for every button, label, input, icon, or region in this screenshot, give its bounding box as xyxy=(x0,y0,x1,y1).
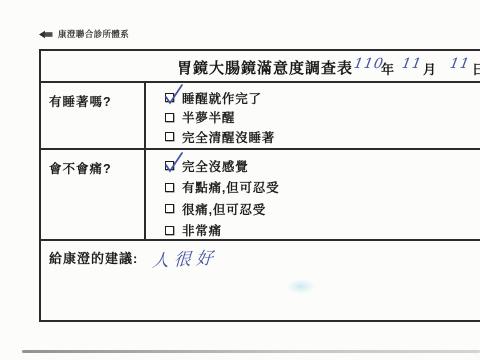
checkbox-unchecked[interactable] xyxy=(165,183,174,192)
option-row: 半夢半醒 xyxy=(165,108,275,128)
checkbox-unchecked[interactable] xyxy=(165,226,174,235)
clinic-logo-text: 康澄聯合診所體系 xyxy=(58,28,129,40)
form-title: 胃鏡大腸鏡滿意度調查表 xyxy=(177,57,353,78)
option-row: 完全沒感覺 xyxy=(165,155,279,177)
suggestion-handwritten-value: 人很好 xyxy=(152,243,219,272)
option-row: 睡醒就作完了 xyxy=(165,88,275,108)
question-pain-options: 完全沒感覺 有點痛,但可忍受 很痛,但可忍受 非常痛 xyxy=(146,150,279,239)
question-row-sleep: 有睡著嗎? 睡醒就作完了 半夢半醒 完全清醒沒睡著 xyxy=(41,83,480,150)
checkbox-unchecked[interactable] xyxy=(165,113,174,122)
date-month-label: 月 xyxy=(423,59,436,78)
option-label: 有點痛,但可忍受 xyxy=(182,178,279,196)
option-label: 非常痛 xyxy=(182,221,222,239)
form-title-row: 胃鏡大腸鏡滿意度調查表 110 年 11 月 11 日 xyxy=(41,51,480,83)
clinic-logo-icon xyxy=(39,30,54,39)
scan-edge-artifact xyxy=(22,350,480,353)
question-sleep-options: 睡醒就作完了 半夢半醒 完全清醒沒睡著 xyxy=(146,83,275,148)
checkbox-checked[interactable] xyxy=(165,93,174,102)
date-day-label: 日 xyxy=(472,59,480,78)
option-row: 很痛,但可忍受 xyxy=(165,198,279,220)
question-pain-label: 會不會痛? xyxy=(41,150,146,239)
survey-form-table: 胃鏡大腸鏡滿意度調查表 110 年 11 月 11 日 有睡著嗎? 睡醒就作完了 xyxy=(39,49,480,322)
question-row-pain: 會不會痛? 完全沒感覺 有點痛,但可忍受 很痛,但可忍受 xyxy=(41,150,480,241)
scan-smudge xyxy=(287,279,315,294)
date-day-handwritten-value: 11 xyxy=(449,56,472,72)
checkbox-unchecked[interactable] xyxy=(165,204,174,213)
scanned-form-page: 康澄聯合診所體系 胃鏡大腸鏡滿意度調查表 110 年 11 月 11 日 有睡著… xyxy=(0,0,480,360)
option-label: 很痛,但可忍受 xyxy=(182,200,266,218)
suggestion-label: 給康澄的建議: xyxy=(49,248,138,267)
option-label: 完全沒感覺 xyxy=(182,157,249,175)
option-label: 完全清醒沒睡著 xyxy=(182,128,275,146)
option-label: 睡醒就作完了 xyxy=(182,89,262,107)
option-row: 完全清醒沒睡著 xyxy=(165,127,275,147)
checkbox-unchecked[interactable] xyxy=(165,132,174,141)
option-row: 非常痛 xyxy=(165,220,279,242)
clinic-logo: 康澄聯合診所體系 xyxy=(39,28,129,40)
question-sleep-label: 有睡著嗎? xyxy=(41,83,146,148)
checkbox-checked[interactable] xyxy=(165,161,174,170)
option-row: 有點痛,但可忍受 xyxy=(165,177,279,199)
option-label: 半夢半醒 xyxy=(182,108,235,126)
date-year-label: 年 xyxy=(381,59,394,78)
suggestion-row: 給康澄的建議: 人很好 xyxy=(41,241,480,320)
date-month-handwritten-value: 11 xyxy=(401,56,424,72)
